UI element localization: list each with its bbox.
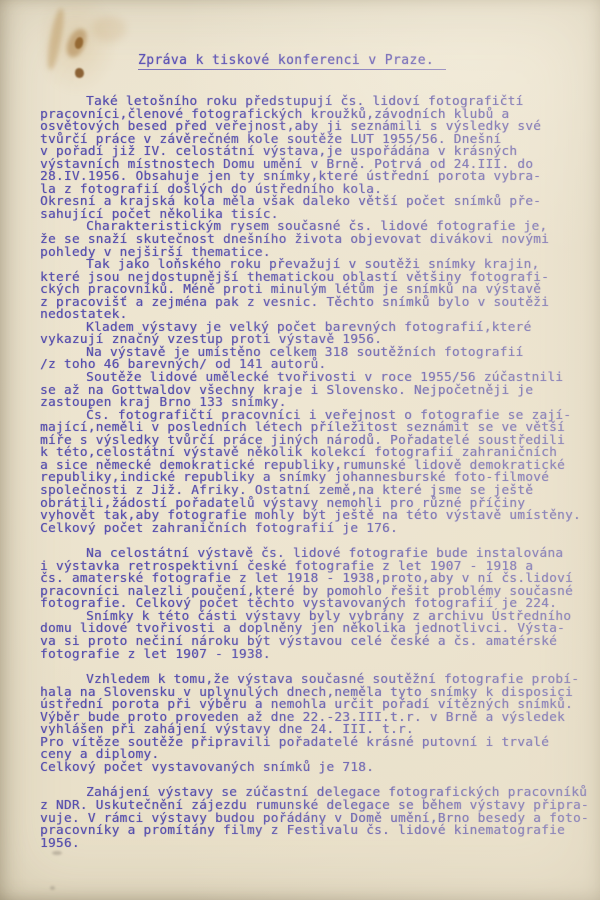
paper-stain-dot: [75, 68, 84, 78]
paper-stain-wisp: [92, 16, 126, 42]
text-line: fotografie z let 1907 - 1938.: [40, 649, 589, 662]
scanned-document-page: Zpráva k tiskové konferenci v Praze. Tak…: [0, 0, 600, 900]
text-line: Celkový počet vystavovaných snímků je 71…: [40, 762, 589, 775]
paper-smudge-mark: [52, 851, 62, 855]
paper-stain-core: [74, 36, 85, 50]
paper-stain-streak: [44, 8, 67, 71]
text-line: Celkový počet zahraničních fotografií je…: [40, 523, 589, 536]
text-line: pracovníky a promítány filmy z Festivalu…: [40, 825, 589, 838]
document-title: Zpráva k tiskové konferenci v Praze.: [138, 53, 446, 70]
paper-stain-halo: [42, 0, 118, 95]
text-line: 1956.: [40, 838, 589, 851]
paper-smudge-mark: [50, 886, 55, 890]
document-body: Také letošního roku předstupují čs. lido…: [40, 96, 589, 850]
paper-stain-blob: [64, 26, 89, 60]
